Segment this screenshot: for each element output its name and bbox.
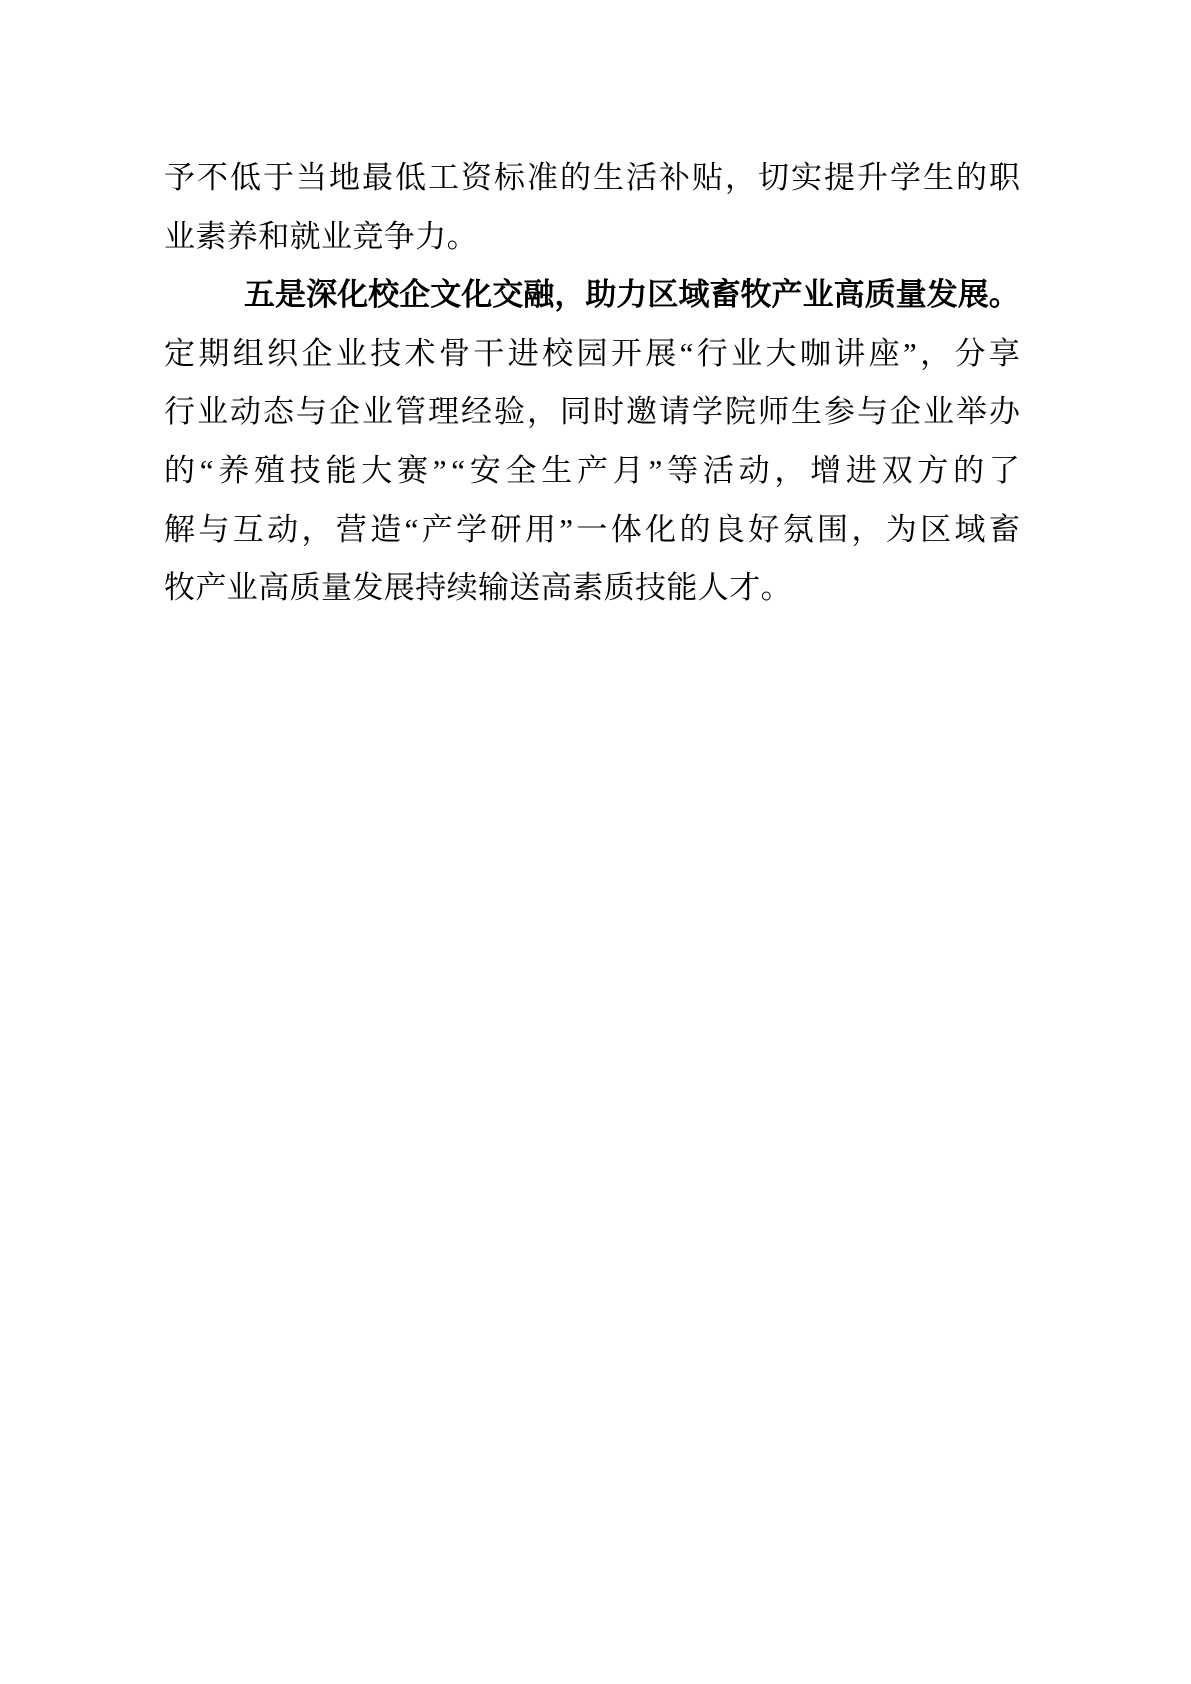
paragraph-line-5: 行业动态与企业管理经验，同时邀请学院师生参与企业举办	[164, 383, 1020, 442]
paragraph-lead-bold-line: 五是深化校企文化交融，助力区域畜牧产业高质量发展。	[164, 266, 1020, 325]
paragraph-line-7: 解与互动，营造“产学研用”一体化的良好氛围，为区域畜	[164, 501, 1020, 560]
paragraph-line-4: 定期组织企业技术骨干进校园开展“行业大咖讲座”，分享	[164, 325, 1020, 384]
paragraph-line-6: 的“养殖技能大赛”“安全生产月”等活动，增进双方的了	[164, 442, 1020, 501]
paragraph-line-1: 予不低于当地最低工资标准的生活补贴，切实提升学生的职	[164, 149, 1020, 208]
text-block: 予不低于当地最低工资标准的生活补贴，切实提升学生的职 业素养和就业竞争力。 五是…	[164, 149, 1020, 618]
document-page: 予不低于当地最低工资标准的生活补贴，切实提升学生的职 业素养和就业竞争力。 五是…	[0, 0, 1191, 1684]
paragraph-line-8: 牧产业高质量发展持续输送高素质技能人才。	[164, 559, 1020, 618]
paragraph-line-2: 业素养和就业竞争力。	[164, 208, 1020, 267]
